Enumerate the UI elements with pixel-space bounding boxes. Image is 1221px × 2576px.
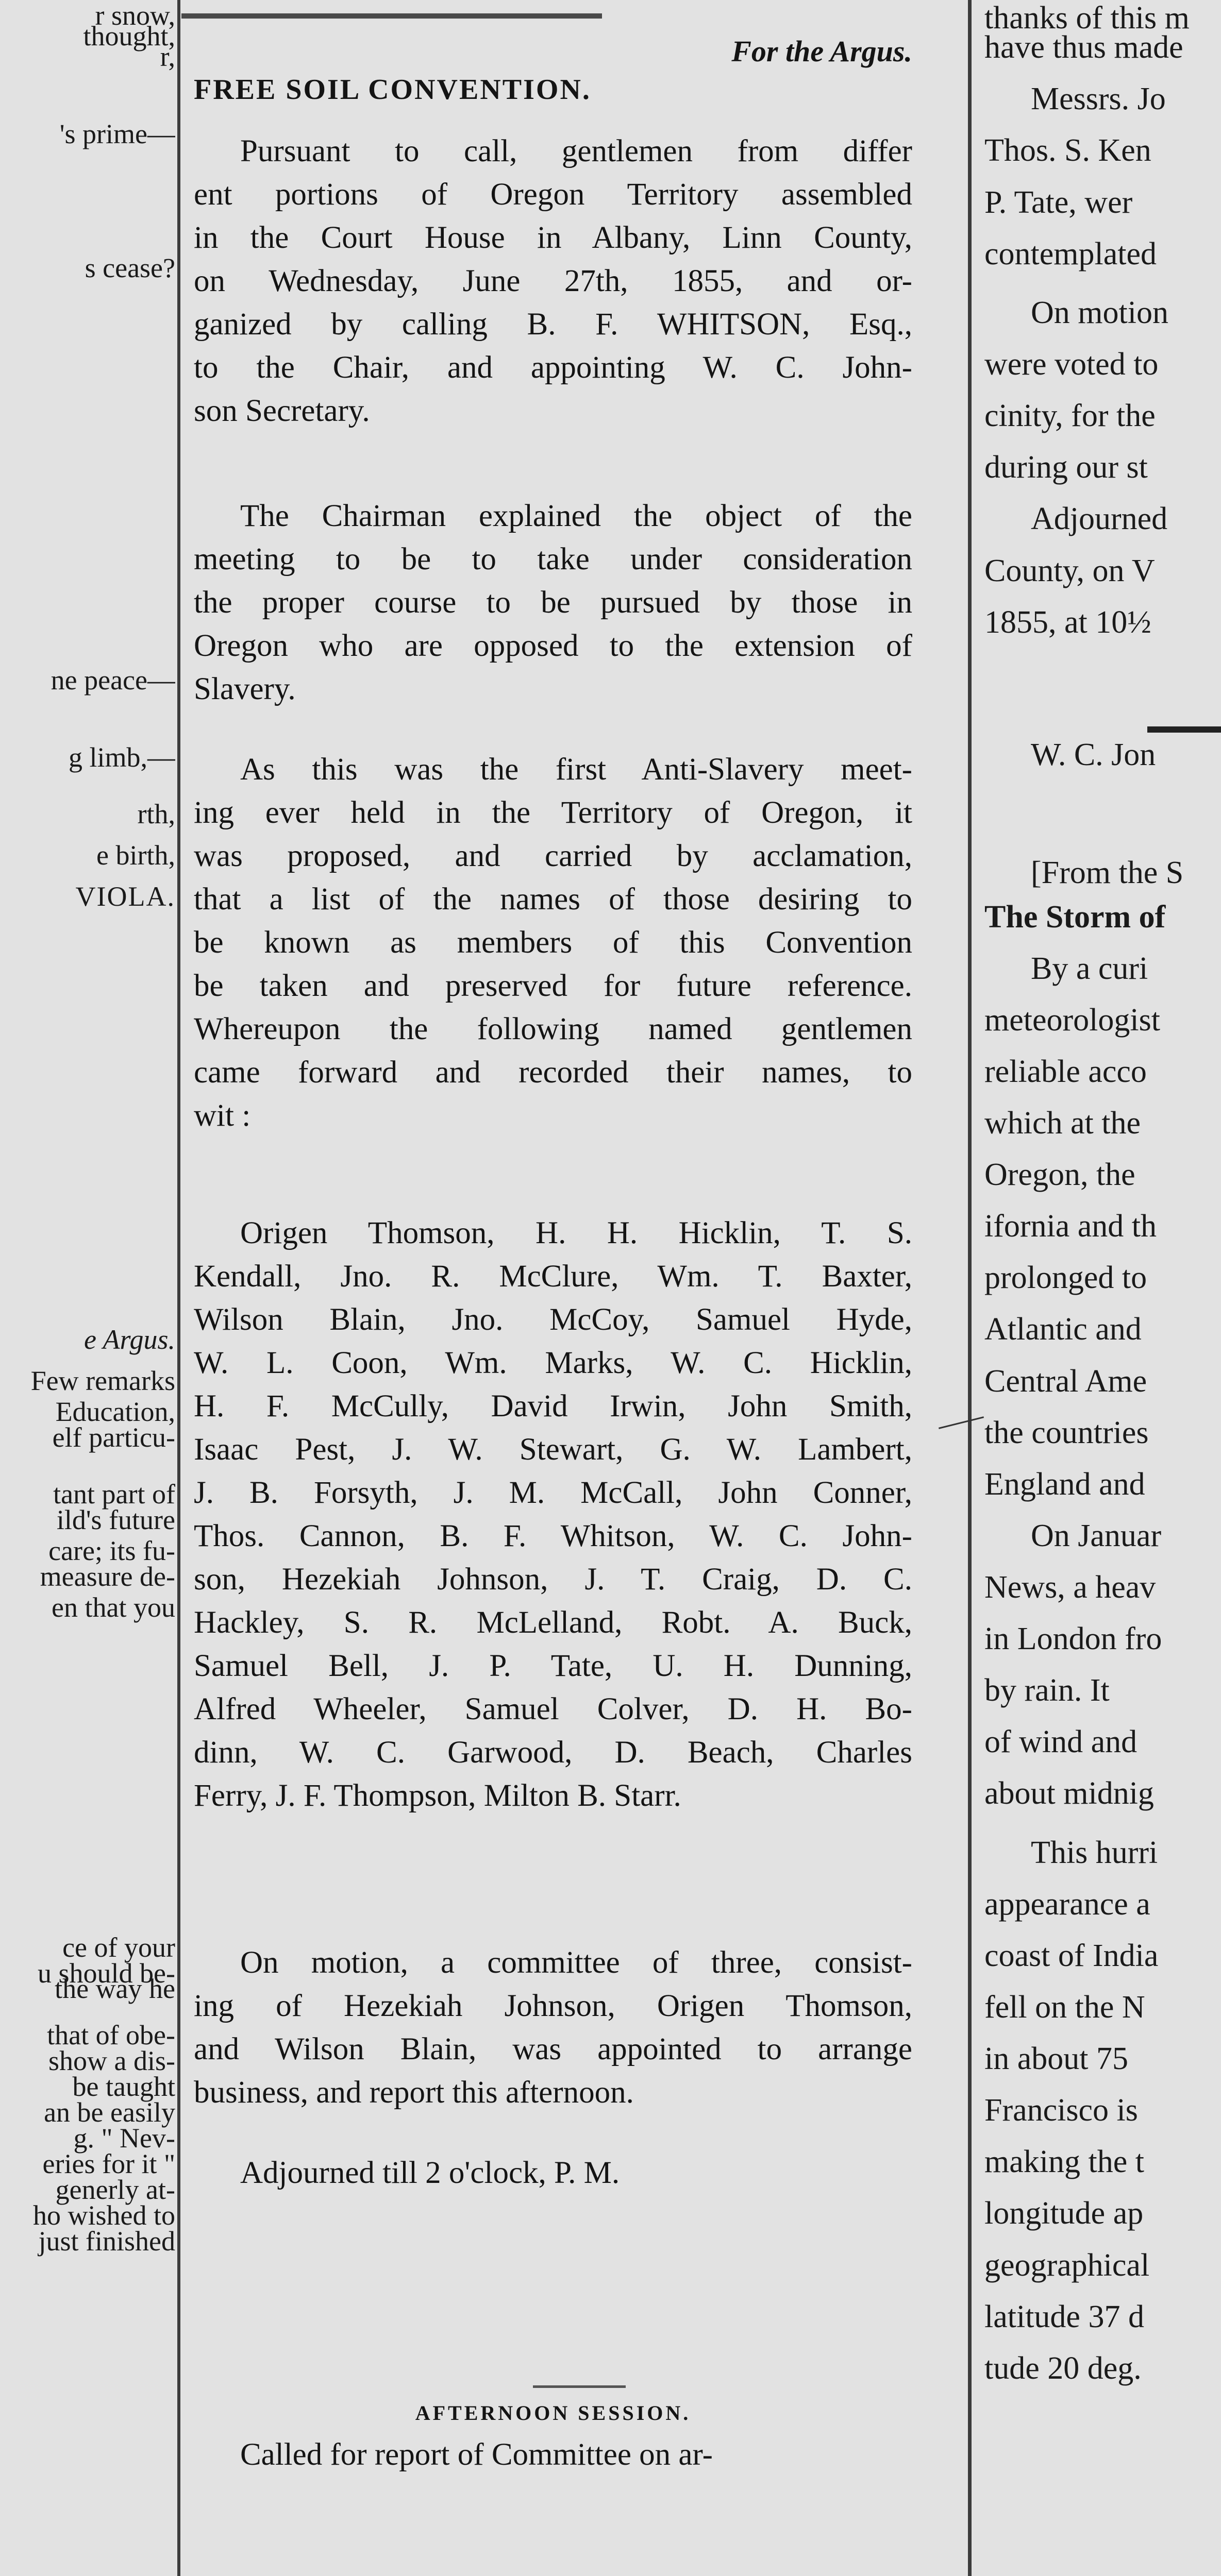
paragraph-line: ganized by calling B. F. WHITSON, Esq., [194, 303, 912, 346]
paragraph-line: J. B. Forsyth, J. M. McCall, John Conner… [194, 1471, 912, 1515]
right-fragment-line: in about 75 [984, 2041, 1128, 2077]
right-fragment-line: during our st [984, 449, 1148, 485]
paragraph-line: Pursuant to call, gentlemen from differ [194, 130, 912, 173]
paragraph-line: in the Court House in Albany, Linn Count… [194, 216, 912, 260]
paragraph-line: Alfred Wheeler, Samuel Colver, D. H. Bo- [194, 1688, 912, 1731]
left-column-fragment: r snow,thought,r,'s prime—s cease?ne pea… [0, 0, 175, 2576]
right-fragment-line: Atlantic and [984, 1311, 1142, 1347]
left-fragment-line: ne peace— [51, 665, 175, 696]
right-fragment-line: The Storm of [984, 899, 1165, 935]
right-fragment-line: Messrs. Jo [1031, 81, 1166, 117]
right-fragment-line: of wind and [984, 1724, 1137, 1760]
right-fragment-line: News, a heav [984, 1569, 1156, 1605]
paragraph-line: meeting to be to take under consideratio… [194, 538, 912, 581]
paragraph-line: son, Hezekiah Johnson, J. T. Craig, D. C… [194, 1558, 912, 1601]
left-fragment-line: g limb,— [69, 742, 175, 773]
right-fragment-line: 1855, at 10½ [984, 604, 1151, 640]
paragraph-line: wit : [194, 1094, 912, 1138]
paragraph-line: be known as members of this Convention [194, 921, 912, 964]
article-headline: FREE SOIL CONVENTION. [194, 73, 591, 106]
column-divider-right [968, 0, 972, 2576]
right-fragment-line: cinity, for the [984, 398, 1156, 434]
right-fragment-line: longitude ap [984, 2195, 1143, 2231]
article-paragraph: Pursuant to call, gentlemen from differe… [194, 130, 912, 433]
article-paragraph: As this was the first Anti-Slavery meet-… [194, 748, 912, 1138]
left-fragment-line: e Argus. [84, 1324, 175, 1355]
right-fragment-line: appearance a [984, 1886, 1150, 1922]
paragraph-line: ing of Hezekiah Johnson, Origen Thomson, [194, 1985, 912, 2028]
paragraph-line: son Secretary. [194, 389, 912, 433]
paragraph-line: On motion, a committee of three, consist… [194, 1941, 912, 1985]
truncated-paragraph-line: Called for report of Committee on ar- [240, 2437, 713, 2473]
paragraph-line: Ferry, J. F. Thompson, Milton B. Starr. [194, 1774, 912, 1818]
right-fragment-line: were voted to [984, 346, 1158, 382]
left-fragment-line: 's prime— [60, 118, 175, 149]
paragraph-line: ent portions of Oregon Territory assembl… [194, 173, 912, 216]
right-fragment-line: Central Ame [984, 1363, 1147, 1399]
paragraph-line: be taken and preserved for future refere… [194, 964, 912, 1008]
column-divider-left [177, 0, 180, 2576]
signature-rule [1147, 726, 1221, 733]
paragraph-line: Samuel Bell, J. P. Tate, U. H. Dunning, [194, 1645, 912, 1688]
paragraph-line: Isaac Pest, J. W. Stewart, G. W. Lambert… [194, 1428, 912, 1471]
left-fragment-line: Few remarks [31, 1365, 175, 1396]
left-fragment-line: s cease? [85, 252, 175, 283]
article-paragraph: Adjourned till 2 o'clock, P. M. [194, 2151, 912, 2195]
right-fragment-line: By a curi [1031, 951, 1148, 987]
left-fragment-line: ild's future [57, 1504, 175, 1535]
paragraph-line: Origen Thomson, H. H. Hicklin, T. S. [194, 1212, 912, 1255]
right-fragment-line: about midnig [984, 1775, 1154, 1811]
right-column-fragment: thanks of this mhave thus madeMessrs. Jo… [974, 0, 1221, 2576]
right-fragment-line: fell on the N [984, 1989, 1145, 2025]
afternoon-session-subhead: AFTERNOON SESSION. [194, 2401, 912, 2425]
left-fragment-line: the way he [55, 1973, 175, 2004]
paragraph-line: Whereupon the following named gentlemen [194, 1008, 912, 1051]
right-fragment-line: England and [984, 1466, 1145, 1502]
right-fragment-line: County, on V [984, 553, 1155, 589]
right-fragment-line: Oregon, the [984, 1157, 1135, 1193]
right-fragment-line: On motion [1031, 295, 1168, 331]
article-paragraph: Origen Thomson, H. H. Hicklin, T. S.Kend… [194, 1212, 912, 1818]
paragraph-line: Wilson Blain, Jno. McCoy, Samuel Hyde, [194, 1298, 912, 1342]
left-fragment-line: e birth, [96, 840, 175, 871]
left-fragment-line: just finished [39, 2226, 176, 2257]
left-fragment-line: en that you [52, 1592, 175, 1623]
paragraph-line: business, and report this afternoon. [194, 2071, 912, 2114]
paragraph-line: ing ever held in the Territory of Oregon… [194, 791, 912, 835]
paragraph-line: As this was the first Anti-Slavery meet- [194, 748, 912, 791]
paragraph-line: was proposed, and carried by acclamation… [194, 835, 912, 878]
right-fragment-line: Thos. S. Ken [984, 132, 1151, 168]
right-fragment-line: have thus made [984, 29, 1183, 65]
right-fragment-line: This hurri [1031, 1835, 1158, 1871]
right-fragment-line: P. Tate, wer [984, 184, 1132, 221]
left-fragment-line: VIOLA. [76, 881, 175, 912]
paragraph-line: H. F. McCully, David Irwin, John Smith, [194, 1385, 912, 1428]
paragraph-line: to the Chair, and appointing W. C. John- [194, 346, 912, 389]
paragraph-line: Slavery. [194, 668, 912, 711]
right-fragment-line: which at the [984, 1105, 1141, 1141]
right-fragment-line: ifornia and th [984, 1208, 1157, 1244]
section-divider-rule [533, 2385, 626, 2388]
paragraph-line: dinn, W. C. Garwood, D. Beach, Charles [194, 1731, 912, 1774]
paragraph-line: W. L. Coon, Wm. Marks, W. C. Hicklin, [194, 1342, 912, 1385]
right-fragment-line: by rain. It [984, 1672, 1110, 1708]
right-fragment-line: W. C. Jon [1031, 737, 1156, 773]
paragraph-line: Oregon who are opposed to the extension … [194, 624, 912, 668]
paragraph-line: Hackley, S. R. McLelland, Robt. A. Buck, [194, 1601, 912, 1645]
right-fragment-line: making the t [984, 2144, 1144, 2180]
paragraph-line: and Wilson Blain, was appointed to arran… [194, 2028, 912, 2071]
right-fragment-line: tude 20 deg. [984, 2350, 1142, 2386]
right-fragment-line: Adjourned [1031, 501, 1167, 537]
article-paragraph: The Chairman explained the object of the… [194, 495, 912, 711]
newspaper-page: r snow,thought,r,'s prime—s cease?ne pea… [0, 0, 1221, 2576]
right-fragment-line: in London fro [984, 1621, 1162, 1657]
right-fragment-line: reliable acco [984, 1054, 1147, 1090]
right-fragment-line: meteorologist [984, 1002, 1160, 1038]
right-fragment-line: geographical [984, 2247, 1149, 2283]
right-fragment-line: [From the S [1031, 855, 1183, 891]
left-fragment-line: measure de- [40, 1561, 175, 1592]
right-fragment-line: coast of India [984, 1938, 1158, 1974]
paragraph-line: the proper course to be pursued by those… [194, 581, 912, 624]
article-byline: For the Argus. [731, 34, 912, 69]
left-fragment-line: r, [160, 41, 175, 72]
left-fragment-line: elf particu- [53, 1422, 175, 1453]
paragraph-line: Kendall, Jno. R. McClure, Wm. T. Baxter, [194, 1255, 912, 1298]
paragraph-line: Adjourned till 2 o'clock, P. M. [194, 2151, 912, 2195]
main-article-column: For the Argus. FREE SOIL CONVENTION. Pur… [181, 0, 918, 2576]
paragraph-line: The Chairman explained the object of the [194, 495, 912, 538]
paragraph-line: that a list of the names of those desiri… [194, 878, 912, 921]
right-fragment-line: latitude 37 d [984, 2299, 1144, 2335]
right-fragment-line: the countries [984, 1415, 1149, 1451]
right-fragment-line: Francisco is [984, 2092, 1138, 2128]
right-fragment-line: prolonged to [984, 1260, 1147, 1296]
left-fragment-line: rth, [138, 799, 176, 829]
article-paragraph: On motion, a committee of three, consist… [194, 1941, 912, 2114]
right-fragment-line: contemplated [984, 236, 1157, 272]
right-fragment-line: On Januar [1031, 1518, 1161, 1554]
paragraph-line: Thos. Cannon, B. F. Whitson, W. C. John- [194, 1515, 912, 1558]
paragraph-line: came forward and recorded their names, t… [194, 1051, 912, 1094]
paragraph-line: on Wednesday, June 27th, 1855, and or- [194, 260, 912, 303]
